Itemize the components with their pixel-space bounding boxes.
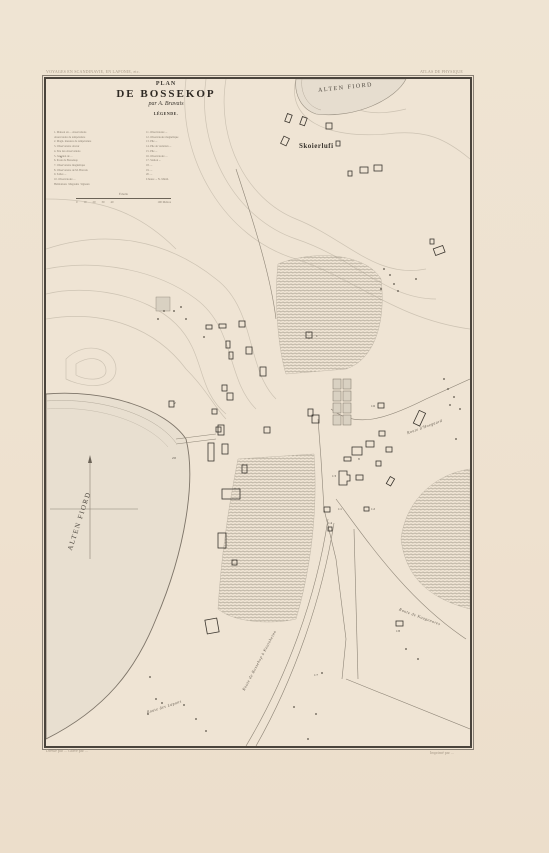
title-main: DE BOSSEKOP xyxy=(106,88,226,100)
marker-number: 2 xyxy=(174,401,176,405)
legend-heading: LÉGENDE. xyxy=(106,111,226,116)
marsh-east xyxy=(401,469,470,609)
marker-number: 12 xyxy=(371,507,376,511)
legend-symbols: Habitations Magasins Signaux xyxy=(54,183,184,188)
marker-number: 16 xyxy=(371,404,376,408)
marker-number: 18 xyxy=(396,629,401,633)
marker-number: 17 xyxy=(314,673,319,677)
marker-number: 3 xyxy=(60,155,62,159)
marker-number: 13 xyxy=(332,474,337,478)
scale-tick-end: 100 Mètres xyxy=(157,200,171,204)
title-plan: PLAN xyxy=(106,81,226,87)
scale-label: Échelle xyxy=(76,192,171,196)
magasin-symbol-label: Magasins xyxy=(68,183,79,186)
habitation-symbol-label: Habitations xyxy=(54,183,67,186)
title-author: par A. Bravais xyxy=(106,101,226,107)
legend-item: L'heure ... N. Mérid. xyxy=(146,178,316,183)
scale-tick: 30 xyxy=(102,200,105,204)
header-right-text: ATLAS DE PHYSIQUE xyxy=(420,69,463,74)
map-frame: PLAN DE BOSSEKOP par A. Bravais LÉGENDE.… xyxy=(44,77,472,748)
marker-number: 1 xyxy=(316,334,318,338)
footer-right-text: Imprimé par ... xyxy=(430,750,454,755)
scale-tick: 40 xyxy=(111,200,114,204)
scale-tick: 0 xyxy=(76,200,78,204)
fjord-left-water xyxy=(46,393,190,739)
footer-left-text: Dressé par ... Gravé par ... xyxy=(46,748,88,753)
header-left-text: VOYAGES EN SCANDINAVIE, EN LAPONIE, etc. xyxy=(46,69,140,74)
map-title-block: PLAN DE BOSSEKOP par A. Bravais LÉGENDE. xyxy=(106,81,226,116)
scale-line xyxy=(76,198,171,199)
contour-lines xyxy=(46,79,470,419)
scale-bar: Échelle 0 10 20 30 40 100 Mètres xyxy=(76,192,171,196)
place-skoierlufi: Skoierlufi xyxy=(299,142,334,150)
legend-column-2: 11. Observatoire ... 12. Observatoire ma… xyxy=(146,131,316,183)
garden-plots xyxy=(333,379,351,425)
marker-number: 20 xyxy=(172,456,177,460)
marsh-north xyxy=(276,256,382,374)
marker-number: 11 xyxy=(338,507,342,511)
scale-tick: 10 xyxy=(84,200,87,204)
marker-number: 8 xyxy=(358,457,360,461)
marsh-south xyxy=(218,454,315,622)
scale-tick: 20 xyxy=(93,200,96,204)
signal-symbol-label: Signaux xyxy=(80,183,89,186)
scale-ticks: 0 10 20 30 40 100 Mètres xyxy=(76,200,171,204)
marker-number: 14 xyxy=(328,521,333,525)
